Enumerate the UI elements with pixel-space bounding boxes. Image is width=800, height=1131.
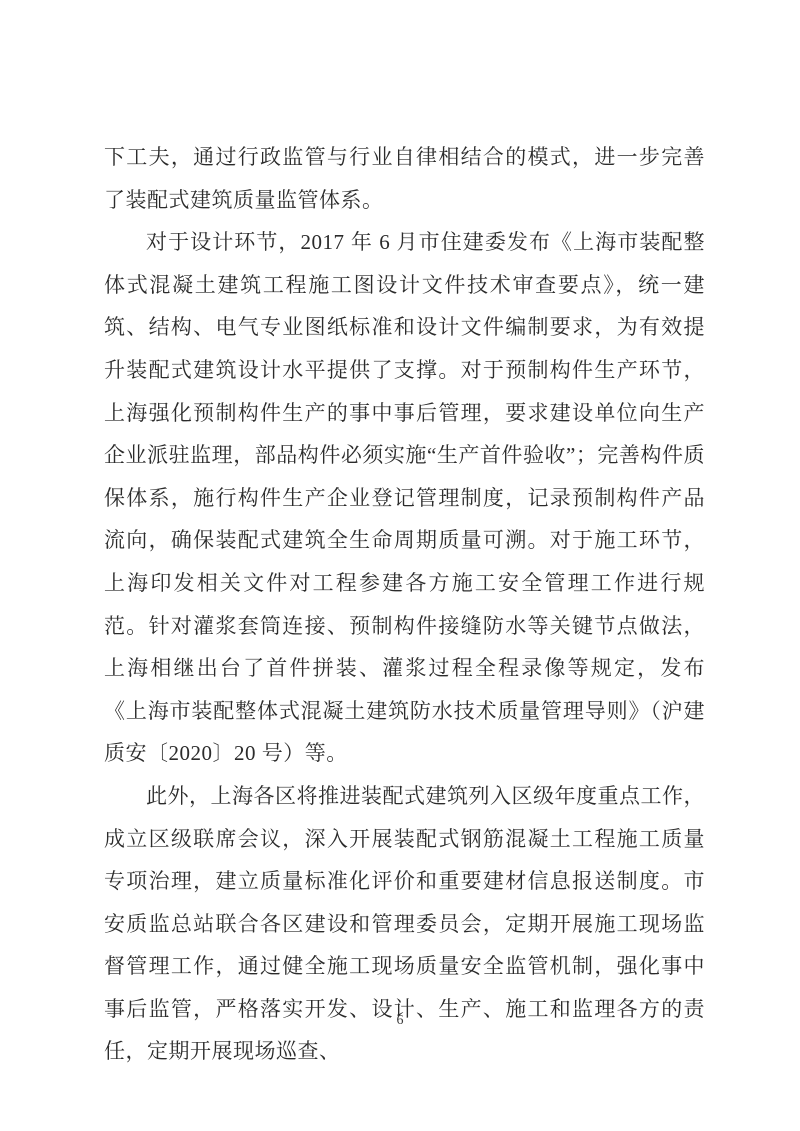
page-body-text: 下工夫，通过行政监管与行业自律相结合的模式，进一步完善了装配式建筑质量监管体系。… xyxy=(104,136,705,1073)
document-page: 下工夫，通过行政监管与行业自律相结合的模式，进一步完善了装配式建筑质量监管体系。… xyxy=(0,0,800,1131)
paragraph-continuation: 下工夫，通过行政监管与行业自律相结合的模式，进一步完善了装配式建筑质量监管体系。 xyxy=(104,136,705,221)
page-number: 6 xyxy=(0,1013,800,1029)
paragraph-design-production-construction: 对于设计环节，2017 年 6 月市住建委发布《上海市装配整体式混凝土建筑工程施… xyxy=(104,221,705,775)
